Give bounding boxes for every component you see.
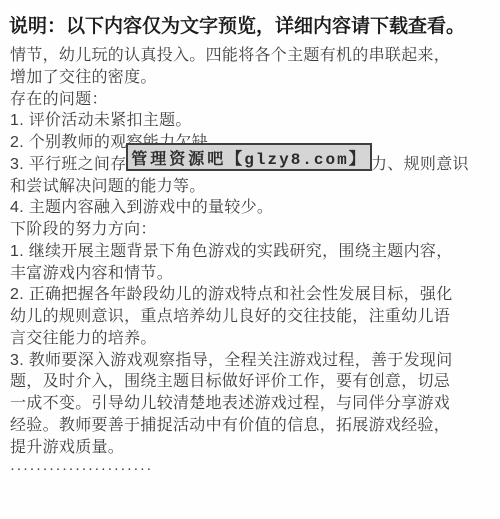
preview-notice: 说明：以下内容仅为文字预览，详细内容请下载查看。 — [9, 11, 495, 38]
text-line: 存在的问题： — [10, 89, 496, 111]
text-line: 幼儿的规则意识，重点培养幼儿良好的交往技能，注重幼儿语 — [10, 306, 496, 328]
text-line: 2. 正确把握各年龄段幼儿的游戏特点和社会性发展目标，强化 — [10, 284, 496, 306]
text-line: 4. 主题内容融入到游戏中的量较少。 — [10, 197, 496, 219]
text-line: 题，及时介入，围绕主题目标做好评价工作，要有创意，切忌 — [10, 371, 496, 393]
text-line: 提升游戏质量。 — [10, 437, 496, 459]
watermark-site-url: 【glzy8.com】 — [226, 146, 366, 169]
body-text: 情节，幼儿玩的认真投入。四能将各个主题有机的串联起来， 增加了交往的密度。 存在… — [10, 45, 496, 480]
text-line: 一成不变。引导幼儿较清楚地表述游戏过程，与同伴分享游戏 — [10, 393, 496, 415]
text-line: 情节，幼儿玩的认真投入。四能将各个主题有机的串联起来， — [10, 45, 496, 67]
watermark-badge: 管理资源吧【glzy8.com】 — [126, 143, 372, 171]
text-line: 丰富游戏内容和情节。 — [10, 263, 496, 285]
text-line: 下阶段的努力方向： — [10, 219, 496, 241]
text-line: 增加了交往的密度。 — [10, 67, 496, 89]
text-line: 1. 评价活动未紧扣主题。 — [10, 110, 496, 132]
watermark-site-name: 管理资源吧 — [131, 146, 226, 169]
text-line: 1. 继续开展主题背景下角色游戏的实践研究，围绕主题内容， — [10, 241, 496, 263]
document-preview-page: 说明：以下内容仅为文字预览，详细内容请下载查看。 情节，幼儿玩的认真投入。四能将… — [0, 0, 500, 519]
ellipsis-row: ······················ — [10, 458, 496, 480]
text-line: 经验。教师要善于捕捉活动中有价值的信息，拓展游戏经验， — [10, 415, 496, 437]
text-line: 言交往能力的培养。 — [10, 328, 496, 350]
text-line: 和尝试解决问题的能力等。 — [10, 176, 496, 198]
text-line: 3. 教师要深入游戏观察指导，全程关注游戏过程，善于发现问 — [10, 350, 496, 372]
